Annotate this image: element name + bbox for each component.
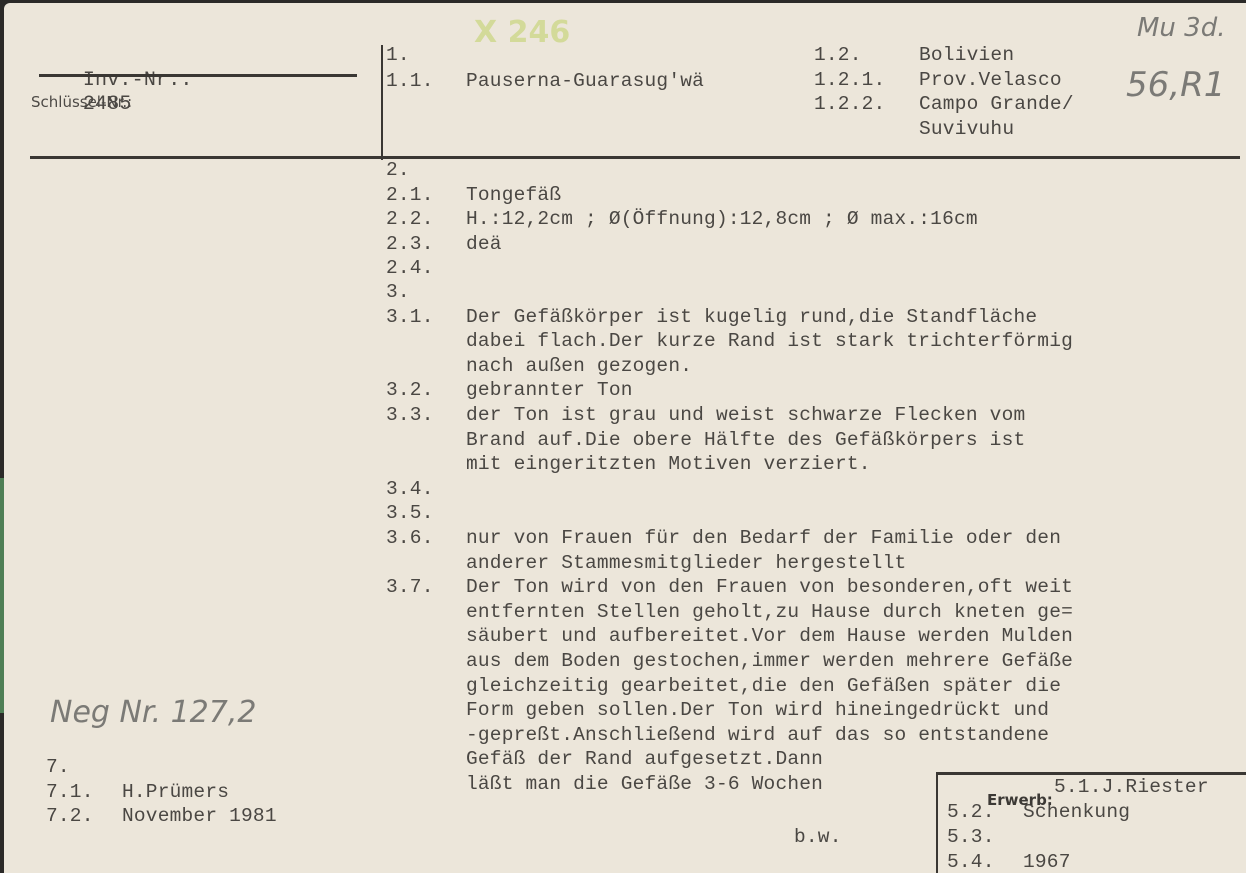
field-number: 2.4. bbox=[386, 256, 466, 281]
record-row: Suvivuhu bbox=[814, 117, 1014, 142]
header-horizontal-divider bbox=[30, 156, 1240, 159]
record-row: 3.6.nur von Frauen für den Bedarf der Fa… bbox=[386, 526, 1061, 551]
field-value: -gepreßt.Anschließend wird auf das so en… bbox=[466, 724, 1049, 746]
record-row: 1.2.2.Campo Grande/ bbox=[814, 92, 1074, 117]
handwritten-negative-number: Neg Nr. 127,2 bbox=[50, 695, 256, 730]
field-value: Gefäß der Rand aufgesetzt.Dann bbox=[466, 748, 823, 770]
field-value: aus dem Boden gestochen,immer werden meh… bbox=[466, 650, 1073, 672]
field-value: H.Prümers bbox=[122, 781, 229, 803]
record-row: 1.2.Bolivien bbox=[814, 43, 1014, 68]
record-row: 3.2.gebrannter Ton bbox=[386, 378, 633, 403]
record-row: mit eingeritzten Motiven verziert. bbox=[386, 452, 871, 477]
field-value: 1967 bbox=[1023, 851, 1071, 873]
field-value: anderer Stammesmitglieder hergestellt bbox=[466, 552, 906, 574]
field-value: November 1981 bbox=[122, 805, 277, 827]
field-number: 5.4. bbox=[947, 850, 1023, 873]
record-row: -gepreßt.Anschließend wird auf das so en… bbox=[386, 723, 1049, 748]
field-number: 7.1. bbox=[46, 780, 122, 805]
field-value: Form geben sollen.Der Ton wird hineinged… bbox=[466, 699, 1049, 721]
field-number: 3.4. bbox=[386, 477, 466, 502]
record-row: säubert und aufbereitet.Vor dem Hause we… bbox=[386, 624, 1073, 649]
field-number: 2. bbox=[386, 158, 466, 183]
field-number: 1. bbox=[386, 43, 466, 68]
record-row: aus dem Boden gestochen,immer werden meh… bbox=[386, 649, 1073, 674]
field-value: Prov.Velasco bbox=[919, 69, 1062, 91]
field-number: 3.2. bbox=[386, 378, 466, 403]
field-value: Suvivuhu bbox=[919, 118, 1014, 140]
record-row: nach außen gezogen. bbox=[386, 354, 692, 379]
field-value: Tongefäß bbox=[466, 184, 561, 206]
field-value: läßt man die Gefäße 3-6 Wochen bbox=[466, 773, 823, 795]
field-value: entfernten Stellen geholt,zu Hause durch… bbox=[466, 601, 1073, 623]
record-row: gleichzeitig gearbeitet,die den Gefäßen … bbox=[386, 674, 1061, 699]
handwritten-location-code: 56,R1 bbox=[1126, 65, 1225, 105]
record-row: 5.3. bbox=[947, 825, 1023, 850]
record-row: 1. bbox=[386, 43, 466, 68]
field-value: gleichzeitig gearbeitet,die den Gefäßen … bbox=[466, 675, 1061, 697]
field-value: mit eingeritzten Motiven verziert. bbox=[466, 453, 871, 475]
record-row: anderer Stammesmitglieder hergestellt bbox=[386, 551, 906, 576]
field-number: 5.3. bbox=[947, 825, 1023, 850]
field-value: deä bbox=[466, 233, 502, 255]
field-value: nach außen gezogen. bbox=[466, 355, 692, 377]
record-row: läßt man die Gefäße 3-6 Wochen bbox=[386, 772, 823, 797]
field-value: säubert und aufbereitet.Vor dem Hause we… bbox=[466, 625, 1073, 647]
record-row: Gefäß der Rand aufgesetzt.Dann bbox=[386, 747, 823, 772]
record-row: 3.1.Der Gefäßkörper ist kugelig rund,die… bbox=[386, 305, 1037, 330]
record-row: entfernten Stellen geholt,zu Hause durch… bbox=[386, 600, 1073, 625]
record-row: 2. bbox=[386, 158, 466, 183]
record-row: 7.2.November 1981 bbox=[46, 804, 277, 829]
continued-note: b.w. bbox=[794, 825, 842, 850]
handwritten-green-note: X 246 bbox=[474, 15, 570, 50]
handwritten-shelf-note: Mu 3d. bbox=[1137, 13, 1226, 43]
field-value: nur von Frauen für den Bedarf der Famili… bbox=[466, 527, 1061, 549]
field-value: Bolivien bbox=[919, 44, 1014, 66]
catalog-card: Inv.-Nr.: 2485 Schlüssel-Nr.: X 246 1.1.… bbox=[4, 3, 1246, 873]
field-value: Campo Grande/ bbox=[919, 93, 1074, 115]
acquisition-stamp: Erwerb: bbox=[987, 791, 1053, 809]
record-row: 3. bbox=[386, 280, 466, 305]
field-value: dabei flach.Der kurze Rand ist stark tri… bbox=[466, 330, 1073, 352]
record-row: 2.3.deä bbox=[386, 232, 502, 257]
record-row: 1.2.1.Prov.Velasco bbox=[814, 68, 1062, 93]
record-row: 2.2.H.:12,2cm ; Ø(Öffnung):12,8cm ; Ø ma… bbox=[386, 207, 978, 232]
field-value: Brand auf.Die obere Hälfte des Gefäßkörp… bbox=[466, 429, 1025, 451]
inventory-label: Inv.-Nr.: bbox=[83, 69, 193, 92]
field-number: 1.2. bbox=[814, 43, 919, 68]
record-row: 3.3.der Ton ist grau und weist schwarze … bbox=[386, 403, 1025, 428]
record-row: Form geben sollen.Der Ton wird hineinged… bbox=[386, 698, 1049, 723]
field-number: 1.2.1. bbox=[814, 68, 919, 93]
key-number-label: Schlüssel-Nr.: bbox=[31, 93, 132, 111]
record-row: Brand auf.Die obere Hälfte des Gefäßkörp… bbox=[386, 428, 1025, 453]
field-number: 7.2. bbox=[46, 804, 122, 829]
field-number: 2.1. bbox=[386, 183, 466, 208]
field-number: 3.5. bbox=[386, 501, 466, 526]
inventory-underline bbox=[39, 74, 357, 77]
field-number: 1.1. bbox=[386, 69, 466, 94]
record-row: 5.4.1967 bbox=[947, 850, 1071, 873]
field-number: 3.3. bbox=[386, 403, 466, 428]
record-row: 2.4. bbox=[386, 256, 466, 281]
field-number: 3.7. bbox=[386, 575, 466, 600]
header-vertical-divider bbox=[381, 45, 383, 160]
record-row: 7.1.H.Prümers bbox=[46, 780, 229, 805]
field-number: 7. bbox=[46, 755, 122, 780]
field-number: 3.6. bbox=[386, 526, 466, 551]
record-row: dabei flach.Der kurze Rand ist stark tri… bbox=[386, 329, 1073, 354]
acquisition-box-left bbox=[936, 772, 938, 873]
field-value: Der Gefäßkörper ist kugelig rund,die Sta… bbox=[466, 306, 1037, 328]
record-row: 3.4. bbox=[386, 477, 466, 502]
acquisition-donor: 5.1.J.Riester bbox=[1054, 775, 1209, 800]
field-value: gebrannter Ton bbox=[466, 379, 633, 401]
field-value: Pauserna-Guarasug'wä bbox=[466, 70, 704, 92]
record-row: 3.5. bbox=[386, 501, 466, 526]
field-number: 2.2. bbox=[386, 207, 466, 232]
field-number: 3.1. bbox=[386, 305, 466, 330]
field-value: der Ton ist grau und weist schwarze Flec… bbox=[466, 404, 1025, 426]
record-row: 2.1.Tongefäß bbox=[386, 183, 561, 208]
record-row: 7. bbox=[46, 755, 122, 780]
field-number: 1.2.2. bbox=[814, 92, 919, 117]
field-value: H.:12,2cm ; Ø(Öffnung):12,8cm ; Ø max.:1… bbox=[466, 208, 978, 230]
field-number: 3. bbox=[386, 280, 466, 305]
field-value: Der Ton wird von den Frauen von besonder… bbox=[466, 576, 1073, 598]
field-number: 2.3. bbox=[386, 232, 466, 257]
record-row: 3.7.Der Ton wird von den Frauen von beso… bbox=[386, 575, 1073, 600]
record-row: 1.1.Pauserna-Guarasug'wä bbox=[386, 69, 704, 94]
